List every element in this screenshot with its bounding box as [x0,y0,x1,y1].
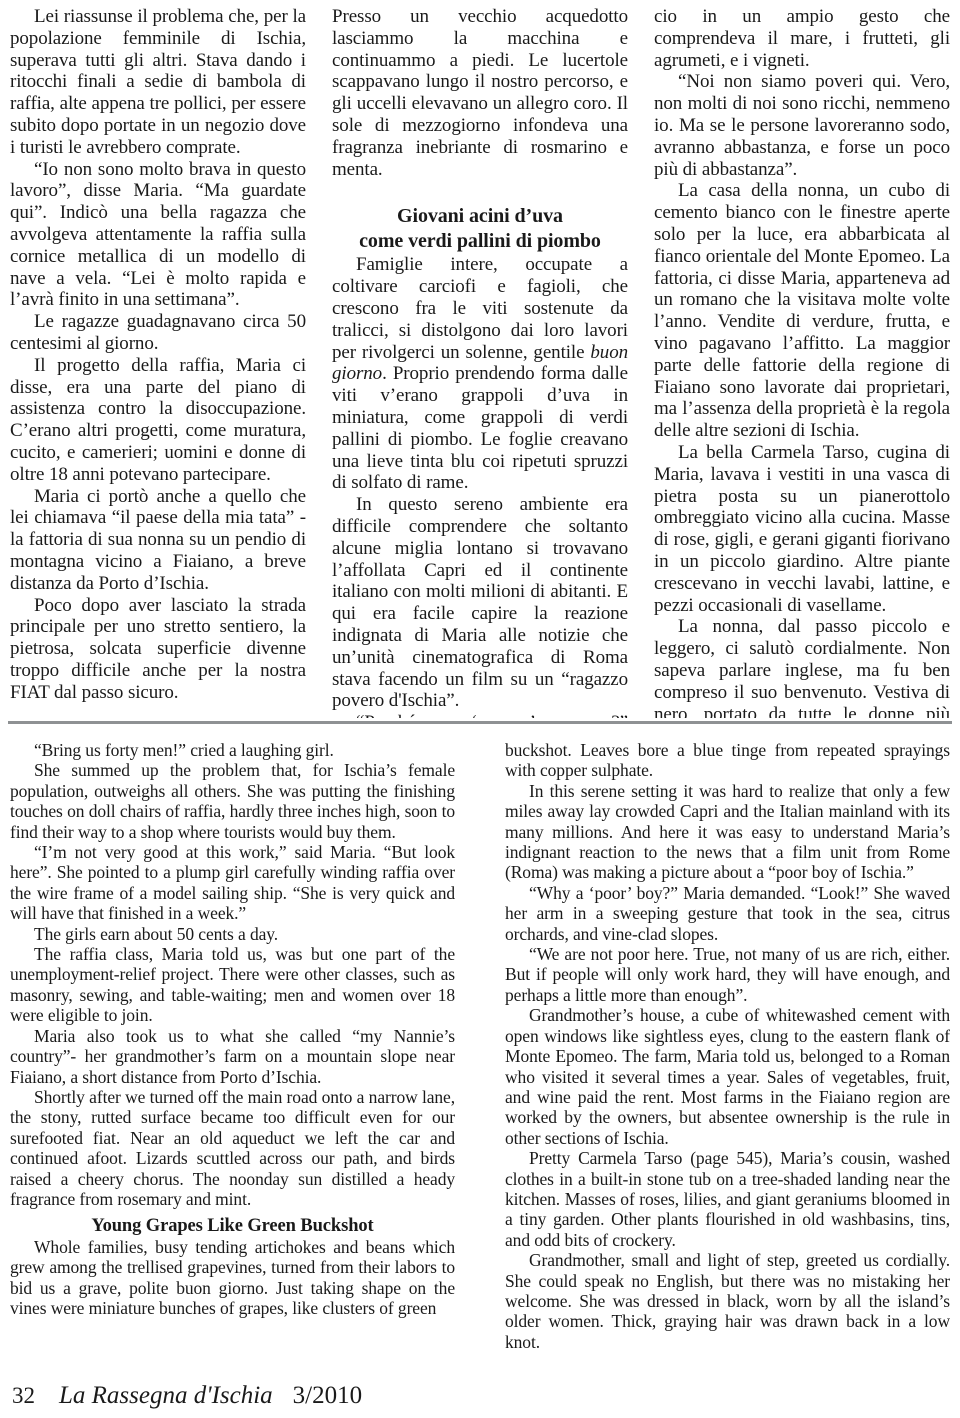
paragraph: Shortly after we turned off the main roa… [10,1087,455,1209]
paragraph: “Io non sono molto brava in questo lavor… [10,159,306,312]
paragraph: “We are not poor here. True, not many of… [505,944,950,1005]
page-footer: 32 La Rassegna d'Ischia 3/2010 [12,1382,362,1410]
english-column-1: “Bring us forty men!” cried a laughing g… [10,740,455,1378]
english-section: “Bring us forty men!” cried a laughing g… [10,740,950,1378]
paragraph: “Noi non siamo poveri qui. Vero, non mol… [654,71,950,180]
paragraph: In this serene setting it was hard to re… [505,781,950,883]
journal-title: La Rassegna d'Ischia [59,1382,273,1410]
paragraph: Maria ci portò anche a quello che lei ch… [10,486,306,595]
section-divider [8,721,952,724]
paragraph: Poco dopo aver lasciato la strada princi… [10,595,306,704]
italian-column-2: Presso un vecchio acquedotto lasciammo l… [332,6,628,718]
page-number: 32 [12,1383,35,1409]
paragraph: “Bring us forty men!” cried a laughing g… [10,740,455,760]
paragraph: Whole families, busy tending artichokes … [10,1237,455,1319]
english-column-2: buckshot. Leaves bore a blue tinge from … [505,740,950,1378]
paragraph: Grandmother, small and light of step, gr… [505,1250,950,1352]
paragraph: cio in un ampio gesto che comprendeva il… [654,6,950,71]
magazine-page: Lei riassunse il problema che, per la po… [0,0,960,1418]
paragraph: In questo sereno ambiente era difficile … [332,494,628,712]
paragraph: She summed up the problem that, for Isch… [10,760,455,842]
italian-section: Lei riassunse il problema che, per la po… [10,6,950,718]
paragraph: La casa della nonna, un cubo di cemento … [654,180,950,442]
italian-column-3: cio in un ampio gesto che comprendeva il… [654,6,950,718]
paragraph: “Perché un ‘povero’ ragazzo?” Maria chie… [332,712,628,718]
paragraph: La nonna, dal passo piccolo e leggero, c… [654,616,950,718]
paragraph: La bella Carmela Tarso, cugina di Maria,… [654,442,950,616]
column-heading: Giovani acini d’uva come verdi pallini d… [332,204,628,254]
column-heading: Young Grapes Like Green Buckshot [10,1216,455,1236]
issue-number: 3/2010 [293,1382,362,1410]
italian-column-1: Lei riassunse il problema che, per la po… [10,6,306,718]
paragraph: The raffia class, Maria told us, was but… [10,944,455,1026]
paragraph: Le ragazze guadagnavano circa 50 centesi… [10,311,306,355]
paragraph: “Why a ‘poor’ boy?” Maria demanded. “Loo… [505,883,950,944]
paragraph: Grandmother’s house, a cube of whitewash… [505,1005,950,1148]
paragraph: “I’m not very good at this work,” said M… [10,842,455,924]
paragraph: The girls earn about 50 cents a day. [10,924,455,944]
paragraph: Pretty Carmela Tarso (page 545), Maria’s… [505,1148,950,1250]
paragraph: Famiglie intere, occupate a coltivare ca… [332,254,628,494]
paragraph: buckshot. Leaves bore a blue tinge from … [505,740,950,781]
paragraph: Lei riassunse il problema che, per la po… [10,6,306,159]
paragraph: Maria also took us to what she called “m… [10,1026,455,1087]
paragraph: Il progetto della raffia, Maria ci disse… [10,355,306,486]
paragraph: Presso un vecchio acquedotto lasciammo l… [332,6,628,180]
